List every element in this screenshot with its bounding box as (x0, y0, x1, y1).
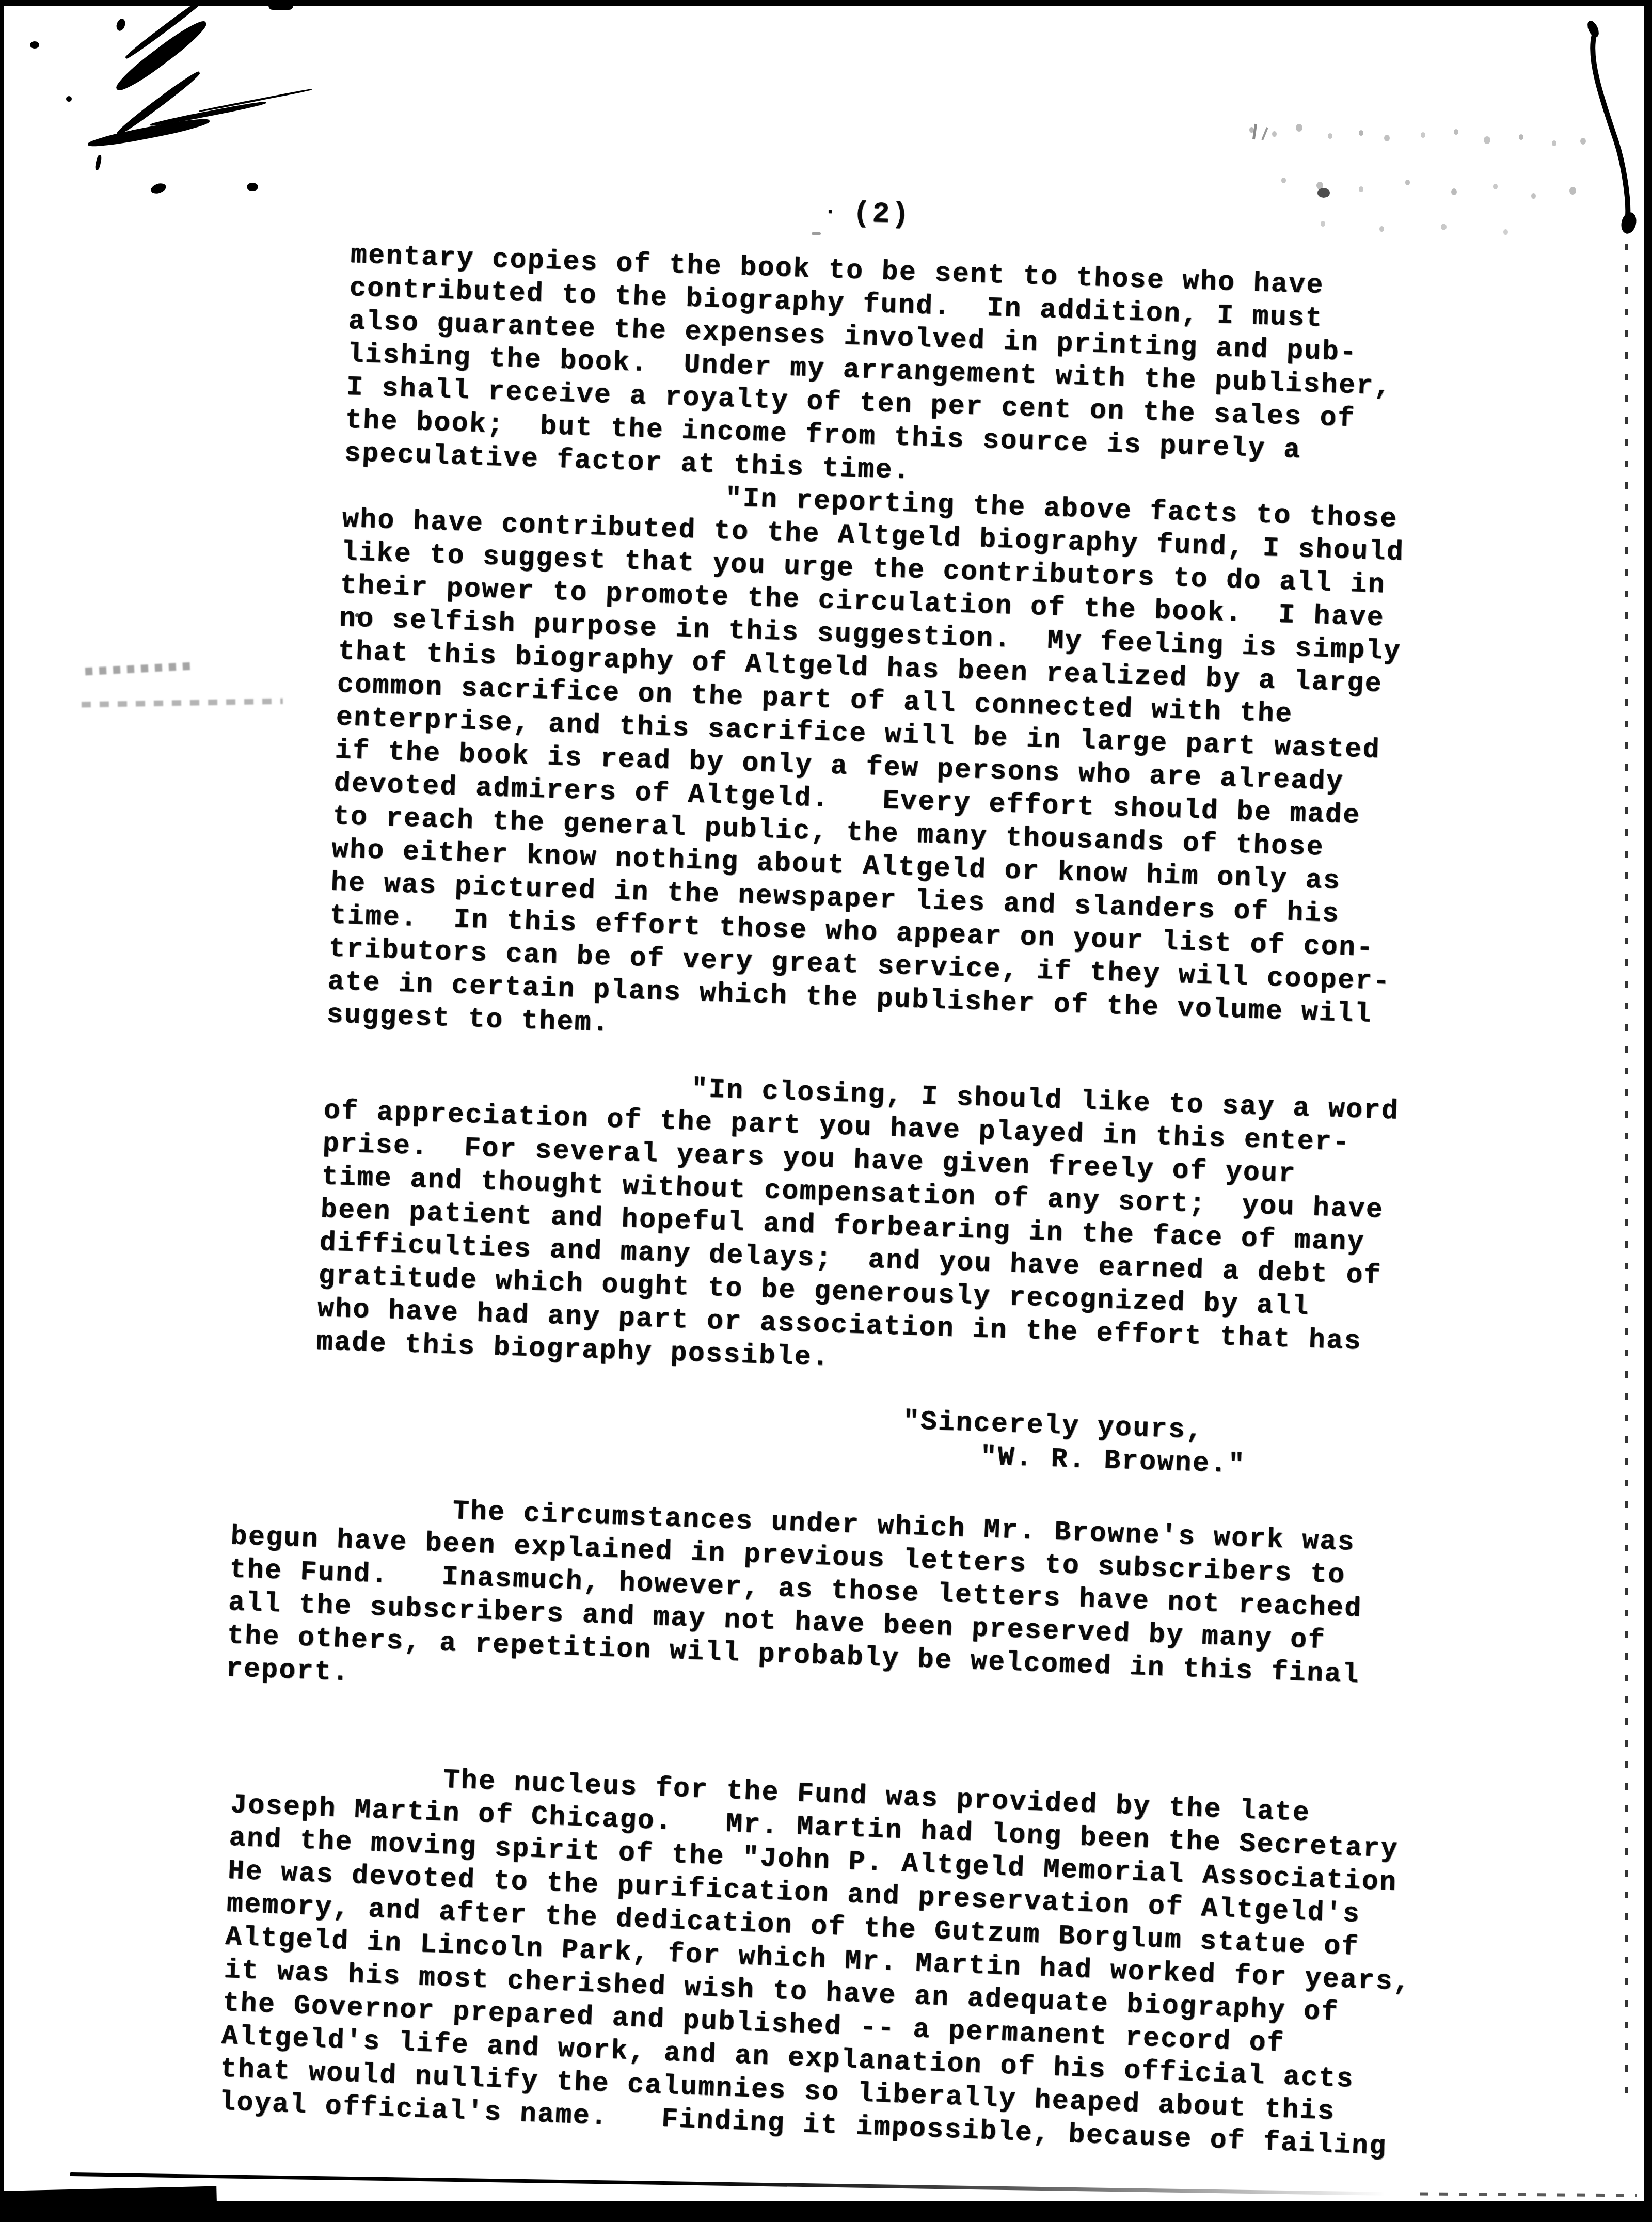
letter-paragraph-3: "In closing, I should like to say a word… (316, 1061, 1435, 1393)
scan-edge-right (1644, 0, 1652, 2222)
ink-smudge-streak (87, 115, 211, 150)
pencil-scribble (85, 662, 192, 676)
page-number: ·(2) (823, 196, 911, 231)
letter-paragraph-2: "In reporting the above facts to thosewh… (326, 470, 1453, 1066)
fold-crease-specks (1420, 2193, 1637, 2197)
faint-stamp-blob (1317, 188, 1330, 198)
quoted-letter-body: mentary copies of the book to be sent to… (313, 239, 1460, 1487)
page-number-text: (2) (852, 197, 911, 231)
ink-smudge-dot (66, 96, 72, 102)
faint-stamp-mark (1252, 124, 1257, 139)
scanned-letter-page: ·(2) mentary copies of the book to be se… (0, 0, 1652, 2222)
letter-paragraph-1: mentary copies of the book to be sent to… (344, 239, 1460, 504)
stray-speck (812, 232, 821, 235)
ink-smudge-dot (30, 41, 39, 49)
ink-smudge-mark (94, 154, 102, 170)
faint-stamp-mark (1261, 127, 1268, 140)
scan-edge-top (0, 0, 1652, 6)
stray-dot: · (823, 201, 838, 225)
diagonal-crease-mark (1567, 10, 1650, 240)
report-paragraph-circumstances: The circumstances under which Mr. Browne… (226, 1487, 1445, 1727)
ink-smudge-dot (115, 18, 127, 32)
ink-smudge-mark (247, 183, 258, 191)
scan-edge-bottom (0, 2201, 1652, 2222)
ink-smudge-streak (112, 16, 211, 96)
scan-edge-top-notch (268, 6, 293, 10)
ink-smudge-mark (150, 182, 167, 195)
report-paragraph-nucleus: The nucleus for the Fund was provided by… (218, 1755, 1444, 2165)
pencil-scribble (82, 699, 283, 708)
scan-edge-left (0, 0, 4, 2222)
perforation-dotted-line (1625, 222, 1628, 2101)
fold-crease-line (70, 2172, 1386, 2196)
